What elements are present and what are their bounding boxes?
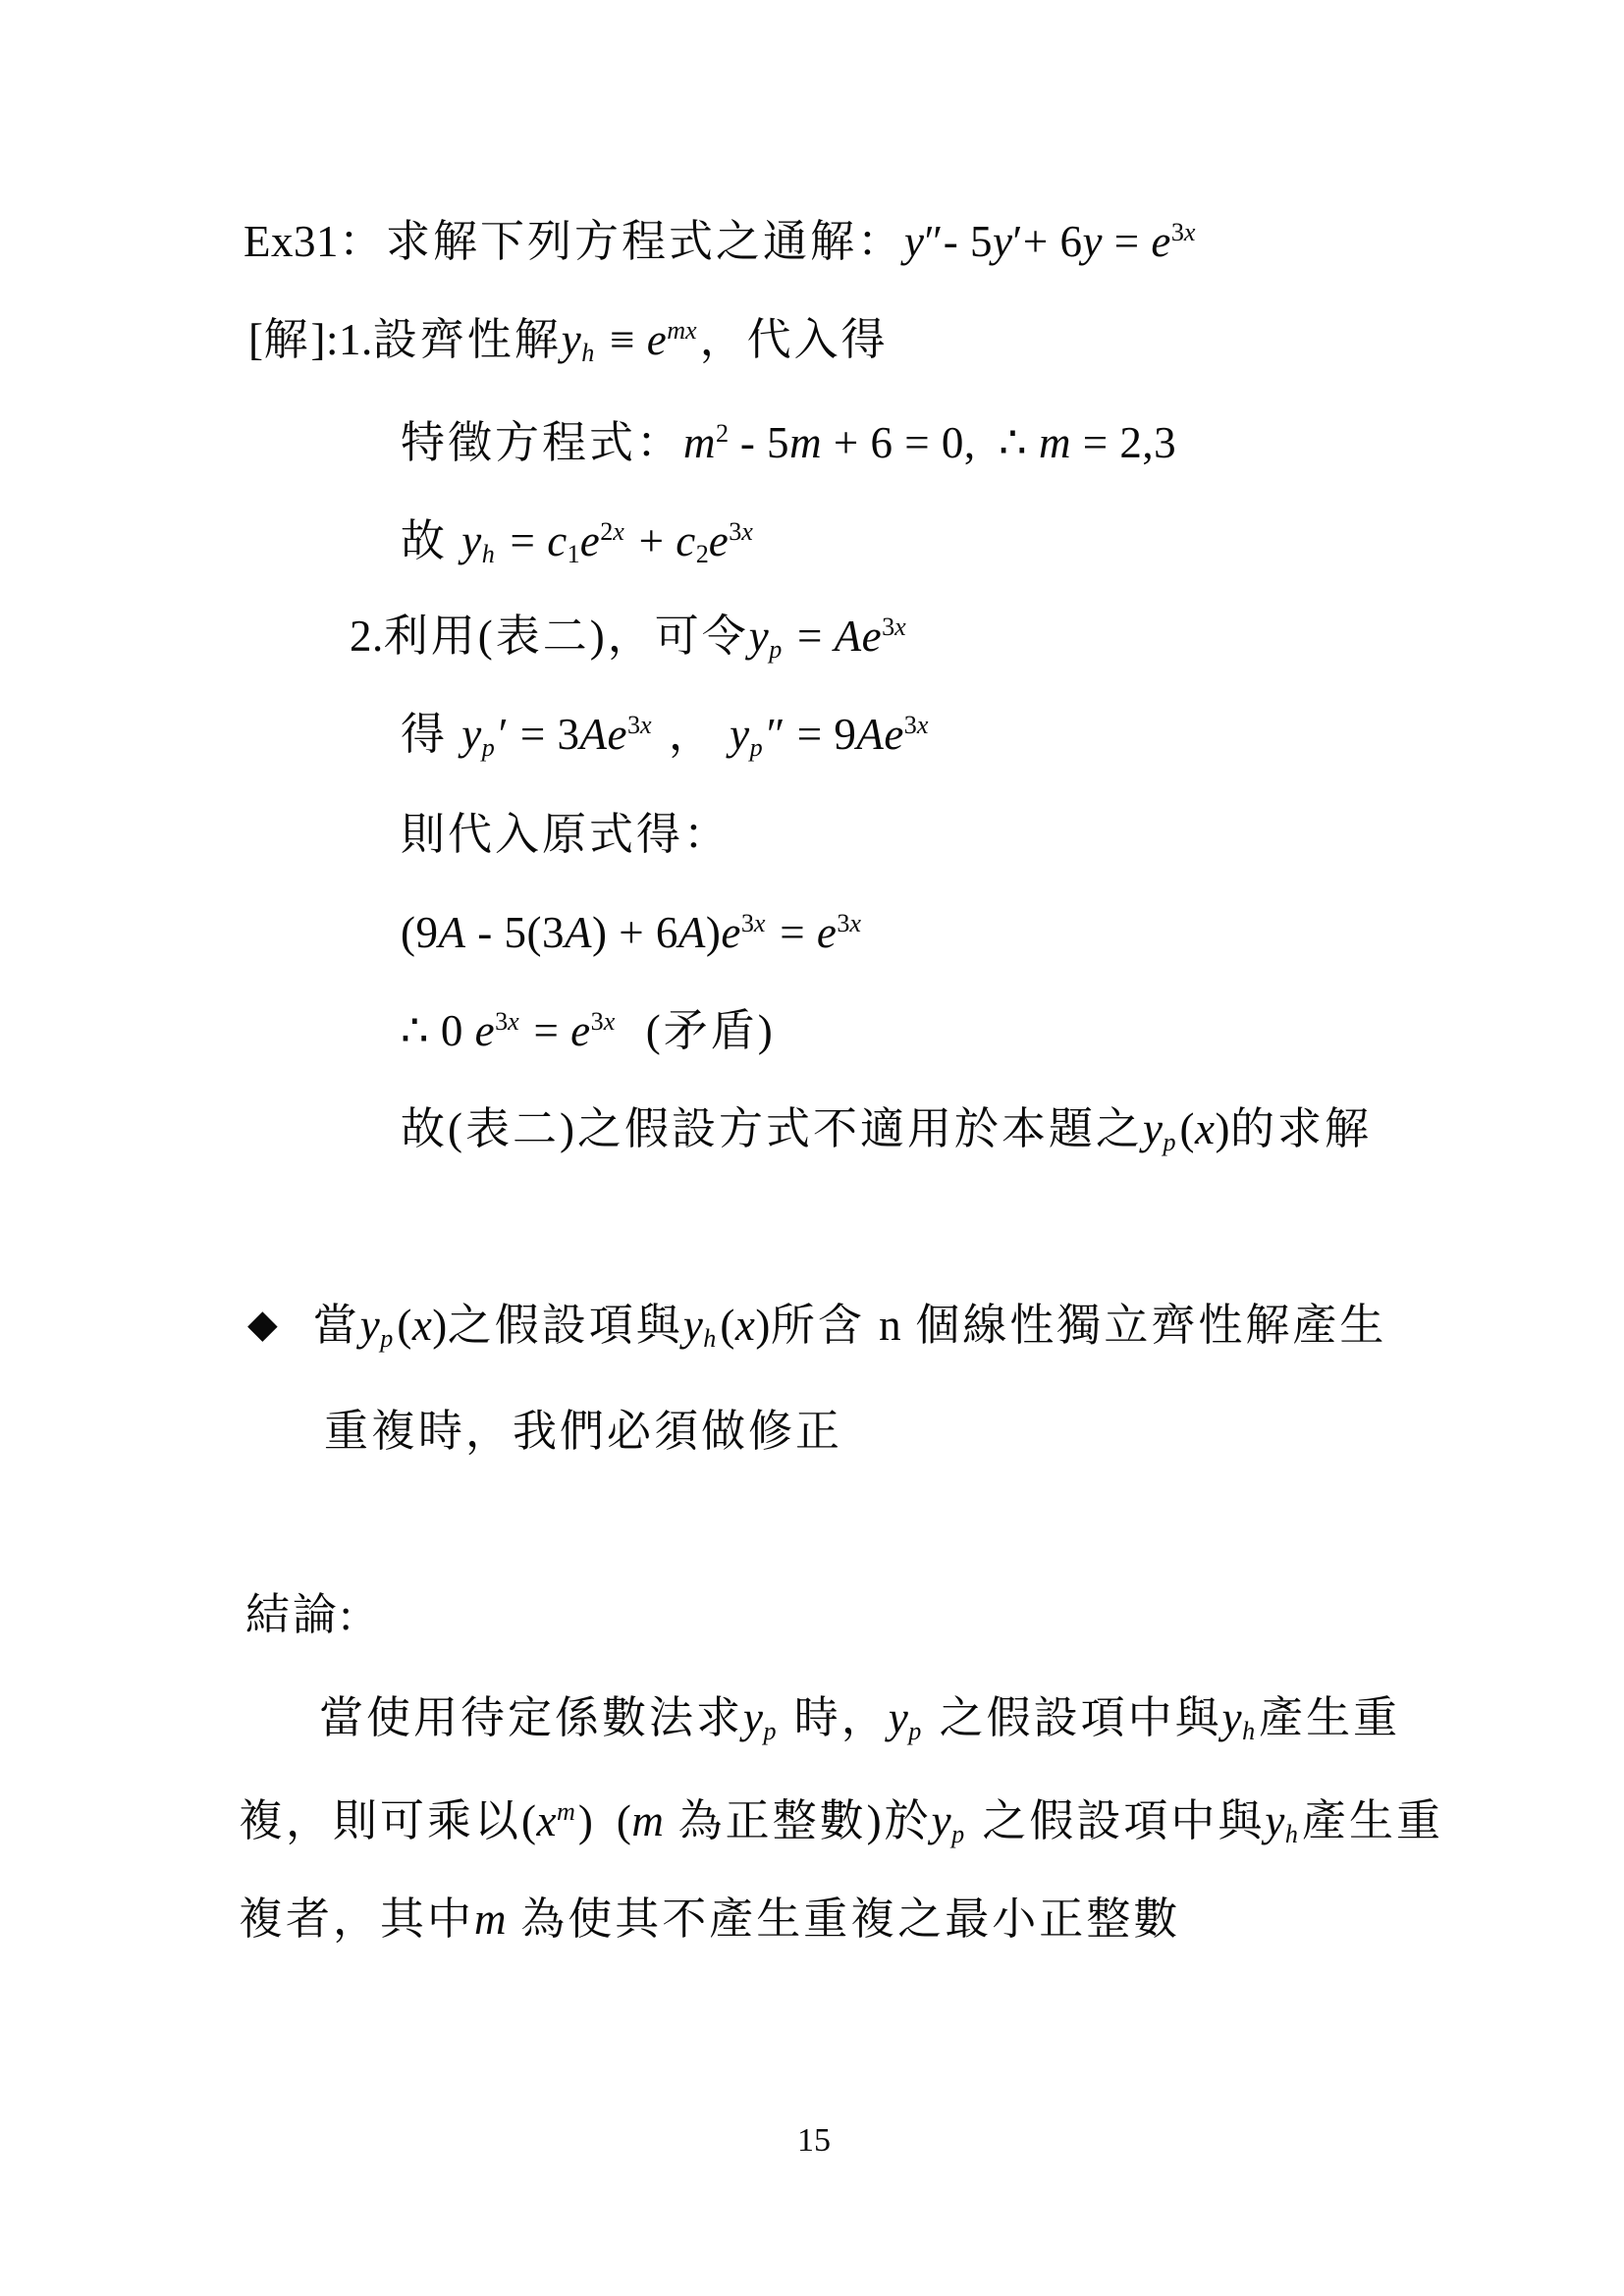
text-segment: = bbox=[522, 1006, 570, 1055]
text-segment: 特徵方程式： bbox=[401, 418, 683, 467]
line-contradiction: ∴ 0 e3x = e3x (矛盾) bbox=[401, 1003, 776, 1058]
text-segment: y bbox=[360, 1301, 380, 1350]
text-segment: x bbox=[754, 909, 766, 937]
text-segment: = bbox=[768, 908, 816, 957]
text-segment: ( bbox=[720, 1301, 735, 1350]
line-solution-step1: [解]:1.設齊性解yh ≡ emx，代入得 bbox=[248, 312, 889, 367]
text-segment: 3 bbox=[741, 909, 754, 937]
text-segment: 3 bbox=[729, 517, 741, 546]
line-ex31-problem: Ex31：求解下列方程式之通解：y″- 5y′+ 6y = e3x bbox=[244, 214, 1198, 269]
text-segment: 故(表二)之假設方式不適用於本題之 bbox=[401, 1104, 1143, 1153]
text-segment: 當使用待定係數法求 bbox=[319, 1693, 743, 1742]
text-segment: 複，則可乘以 bbox=[239, 1796, 521, 1845]
text-segment: 2. bbox=[350, 612, 384, 661]
text-segment: m bbox=[1039, 418, 1071, 467]
text-segment: x bbox=[508, 1007, 519, 1036]
text-segment: 解 bbox=[264, 315, 311, 364]
text-segment: A bbox=[678, 908, 706, 957]
text-segment: + 6 = 0, bbox=[822, 418, 976, 467]
text-segment: 2 bbox=[716, 419, 729, 448]
text-segment: x bbox=[1184, 218, 1196, 246]
text-segment: 所含 bbox=[771, 1301, 879, 1350]
text-segment: x bbox=[917, 711, 929, 739]
page-number: 15 bbox=[784, 2122, 844, 2160]
text-segment: h bbox=[1285, 1820, 1298, 1848]
conclusion-para-line1: 當使用待定係數法求yp 時，yp 之假設項中與yh產生重 bbox=[319, 1690, 1400, 1745]
text-segment: e bbox=[817, 908, 837, 957]
text-segment: ：求解下列方程式之通解： bbox=[339, 217, 904, 266]
text-segment: x bbox=[537, 1796, 557, 1845]
text-segment: x bbox=[604, 1007, 616, 1036]
text-segment: x bbox=[741, 517, 753, 546]
text-segment: 之假設項中與 bbox=[968, 1796, 1265, 1845]
text-segment: p bbox=[1163, 1128, 1175, 1156]
text-segment: y bbox=[932, 1796, 951, 1845]
text-segment: 3 bbox=[882, 613, 894, 641]
text-segment: 之假設項中與 bbox=[925, 1693, 1221, 1742]
text-segment: x bbox=[735, 1301, 755, 1350]
text-segment: 3 bbox=[1171, 218, 1184, 246]
text-segment: ) bbox=[578, 1796, 594, 1845]
text-segment: = 2,3 bbox=[1071, 418, 1176, 467]
text-segment: 2 bbox=[600, 517, 613, 546]
text-segment: ) bbox=[1216, 1104, 1231, 1153]
line-step2-assume-yp: 2.利用(表二)，可令yp = Ae3x bbox=[350, 609, 909, 664]
text-segment: y bbox=[749, 612, 769, 661]
diamond-bullet-icon: ◆ bbox=[247, 1302, 278, 1347]
text-segment: = bbox=[785, 612, 834, 661]
text-segment: 利用(表二)，可令 bbox=[384, 612, 749, 661]
text-segment: e bbox=[709, 516, 729, 565]
text-segment: ″ bbox=[767, 710, 785, 759]
text-segment: x bbox=[849, 909, 861, 937]
text-segment: (9 bbox=[401, 908, 439, 957]
text-segment: y bbox=[730, 710, 749, 759]
text-segment: m bbox=[789, 418, 822, 467]
text-segment: : bbox=[340, 1590, 352, 1639]
text-segment: 2 bbox=[696, 540, 709, 568]
text-segment: e bbox=[1151, 217, 1170, 266]
conclusion-para-line2: 複，則可乘以(xm) (m 為正整數)於yp 之假設項中與yh產生重 bbox=[239, 1793, 1443, 1848]
text-segment: = 9 bbox=[785, 710, 856, 759]
text-segment: 3 bbox=[904, 711, 917, 739]
text-segment: m bbox=[631, 1796, 664, 1845]
text-segment: ( bbox=[521, 1796, 537, 1845]
conclusion-para-line3: 複者，其中m 為使其不產生重複之最小正整數 bbox=[239, 1892, 1180, 1947]
text-segment: y bbox=[461, 516, 481, 565]
text-segment: e bbox=[721, 908, 740, 957]
text-segment: 為正整數)於 bbox=[664, 1796, 931, 1845]
text-segment: n bbox=[879, 1301, 901, 1350]
text-segment: p bbox=[380, 1324, 393, 1353]
text-segment: [ bbox=[248, 315, 264, 364]
text-segment: p bbox=[908, 1717, 921, 1745]
text-segment: - 5(3 bbox=[466, 908, 565, 957]
text-segment: + 6 bbox=[1023, 217, 1083, 266]
text-segment: e bbox=[475, 1006, 495, 1055]
text-segment: ∴ 0 bbox=[401, 1006, 475, 1055]
text-segment: 複者，其中 bbox=[239, 1895, 474, 1944]
text-segment: y bbox=[743, 1693, 763, 1742]
text-segment: y bbox=[993, 217, 1012, 266]
bullet-note-continued: 重複時，我們必須做修正 bbox=[324, 1404, 842, 1459]
text-segment: e bbox=[580, 516, 600, 565]
text-segment: 個線性獨立齊性解產生 bbox=[901, 1301, 1386, 1350]
text-segment: y bbox=[889, 1693, 908, 1742]
text-segment: - 5 bbox=[729, 418, 789, 467]
text-segment: 3 bbox=[627, 711, 640, 739]
text-segment: x bbox=[1195, 1104, 1215, 1153]
bullet-duplication-note: ◆當yp(x)之假設項與yh(x)所含 n 個線性獨立齊性解產生 bbox=[247, 1298, 1386, 1353]
text-segment: 3 bbox=[837, 909, 849, 937]
text-segment: y bbox=[1143, 1104, 1163, 1153]
text-segment: A bbox=[565, 908, 592, 957]
text-segment: y bbox=[904, 217, 924, 266]
text-segment: ″ bbox=[925, 217, 944, 266]
text-segment: ( bbox=[593, 1796, 631, 1845]
text-segment: ′ bbox=[499, 710, 509, 759]
text-segment: c bbox=[547, 516, 567, 565]
text-segment: 設齊性解 bbox=[373, 315, 562, 364]
text-segment: x bbox=[613, 517, 624, 546]
text-segment: y bbox=[562, 315, 581, 364]
text-segment: 產生重 bbox=[1302, 1796, 1443, 1845]
document-page: Ex31：求解下列方程式之通解：y″- 5y′+ 6y = e3x [解]:1.… bbox=[0, 0, 1624, 2296]
text-segment: x bbox=[640, 711, 652, 739]
text-segment: h bbox=[581, 339, 594, 367]
text-segment: Ae bbox=[580, 710, 627, 759]
text-segment: ， bbox=[655, 710, 731, 759]
text-segment: p bbox=[482, 733, 495, 762]
text-segment: ) bbox=[432, 1301, 448, 1350]
text-segment: m bbox=[474, 1895, 507, 1944]
text-segment: mx bbox=[667, 316, 696, 345]
text-segment: = bbox=[499, 516, 547, 565]
text-segment: m bbox=[557, 1797, 575, 1826]
text-segment: 產生重 bbox=[1259, 1693, 1400, 1742]
text-segment: Ae bbox=[835, 612, 882, 661]
text-segment: e bbox=[570, 1006, 590, 1055]
text-segment: 1 bbox=[568, 540, 580, 568]
text-segment: A bbox=[439, 908, 466, 957]
text-segment: 重複時，我們必須做修正 bbox=[324, 1407, 842, 1456]
text-segment: ( bbox=[1180, 1104, 1196, 1153]
text-segment: h bbox=[482, 540, 495, 568]
line-yp-derivatives: 得 yp′ = 3Ae3x ， yp″ = 9Ae3x bbox=[401, 707, 931, 762]
text-segment: + bbox=[627, 516, 676, 565]
line-table2-not-applicable: 故(表二)之假設方式不適用於本題之yp(x)的求解 bbox=[401, 1101, 1372, 1156]
line-homogeneous-solution: 故 yh = c1e2x + c2e3x bbox=[401, 513, 756, 568]
text-segment: ) bbox=[706, 908, 722, 957]
text-segment: e bbox=[647, 315, 667, 364]
text-segment: p bbox=[951, 1820, 964, 1848]
text-segment: y bbox=[461, 710, 481, 759]
text-segment: 故 bbox=[401, 516, 461, 565]
text-segment: 的求解 bbox=[1230, 1104, 1372, 1153]
text-segment: ( bbox=[397, 1301, 412, 1350]
text-segment: x bbox=[412, 1301, 432, 1350]
text-segment: ) bbox=[755, 1301, 771, 1350]
text-segment: ) + 6 bbox=[592, 908, 678, 957]
line-substitute-into-equation: 則代入原式得： bbox=[401, 807, 731, 862]
text-segment: Ex31 bbox=[244, 217, 339, 266]
text-segment: ，代入得 bbox=[700, 315, 889, 364]
text-segment: h bbox=[703, 1324, 716, 1353]
text-segment: h bbox=[1242, 1717, 1255, 1745]
text-segment: 時， bbox=[781, 1693, 889, 1742]
text-segment: 之假設項與 bbox=[448, 1301, 683, 1350]
text-segment: 結論 bbox=[245, 1590, 340, 1639]
text-segment: y bbox=[1222, 1693, 1242, 1742]
text-segment: m bbox=[683, 418, 716, 467]
line-characteristic-equation: 特徵方程式：m2 - 5m + 6 = 0, ∴ m = 2,3 bbox=[401, 415, 1176, 470]
text-segment: = bbox=[1103, 217, 1151, 266]
text-segment: ′ bbox=[1012, 217, 1022, 266]
text-segment: 當 bbox=[313, 1301, 360, 1350]
text-segment: ≡ bbox=[598, 315, 646, 364]
text-segment: 3 bbox=[591, 1007, 604, 1036]
text-segment: p bbox=[764, 1717, 777, 1745]
text-segment: c bbox=[676, 516, 695, 565]
text-segment: y bbox=[1265, 1796, 1284, 1845]
text-segment: - 5 bbox=[944, 217, 993, 266]
text-segment: p bbox=[750, 733, 763, 762]
line-substituted-equation: (9A - 5(3A) + 6A)e3x = e3x bbox=[401, 905, 864, 960]
text-segment: 3 bbox=[495, 1007, 508, 1036]
text-segment: (矛盾) bbox=[618, 1006, 775, 1055]
text-segment: 得 bbox=[401, 710, 461, 759]
text-segment: x bbox=[894, 613, 906, 641]
text-segment: ∴ bbox=[976, 418, 1039, 467]
text-segment: p bbox=[769, 635, 782, 664]
text-segment: Ae bbox=[856, 710, 903, 759]
text-segment: 為使其不產生重複之最小正整數 bbox=[507, 1895, 1180, 1944]
text-segment: y bbox=[1082, 217, 1102, 266]
text-segment: 則代入原式得： bbox=[401, 810, 731, 859]
text-segment: y bbox=[683, 1301, 703, 1350]
conclusion-heading: 結論: bbox=[245, 1587, 352, 1642]
text-segment: ]:1. bbox=[311, 315, 373, 364]
text-segment: = 3 bbox=[509, 710, 579, 759]
